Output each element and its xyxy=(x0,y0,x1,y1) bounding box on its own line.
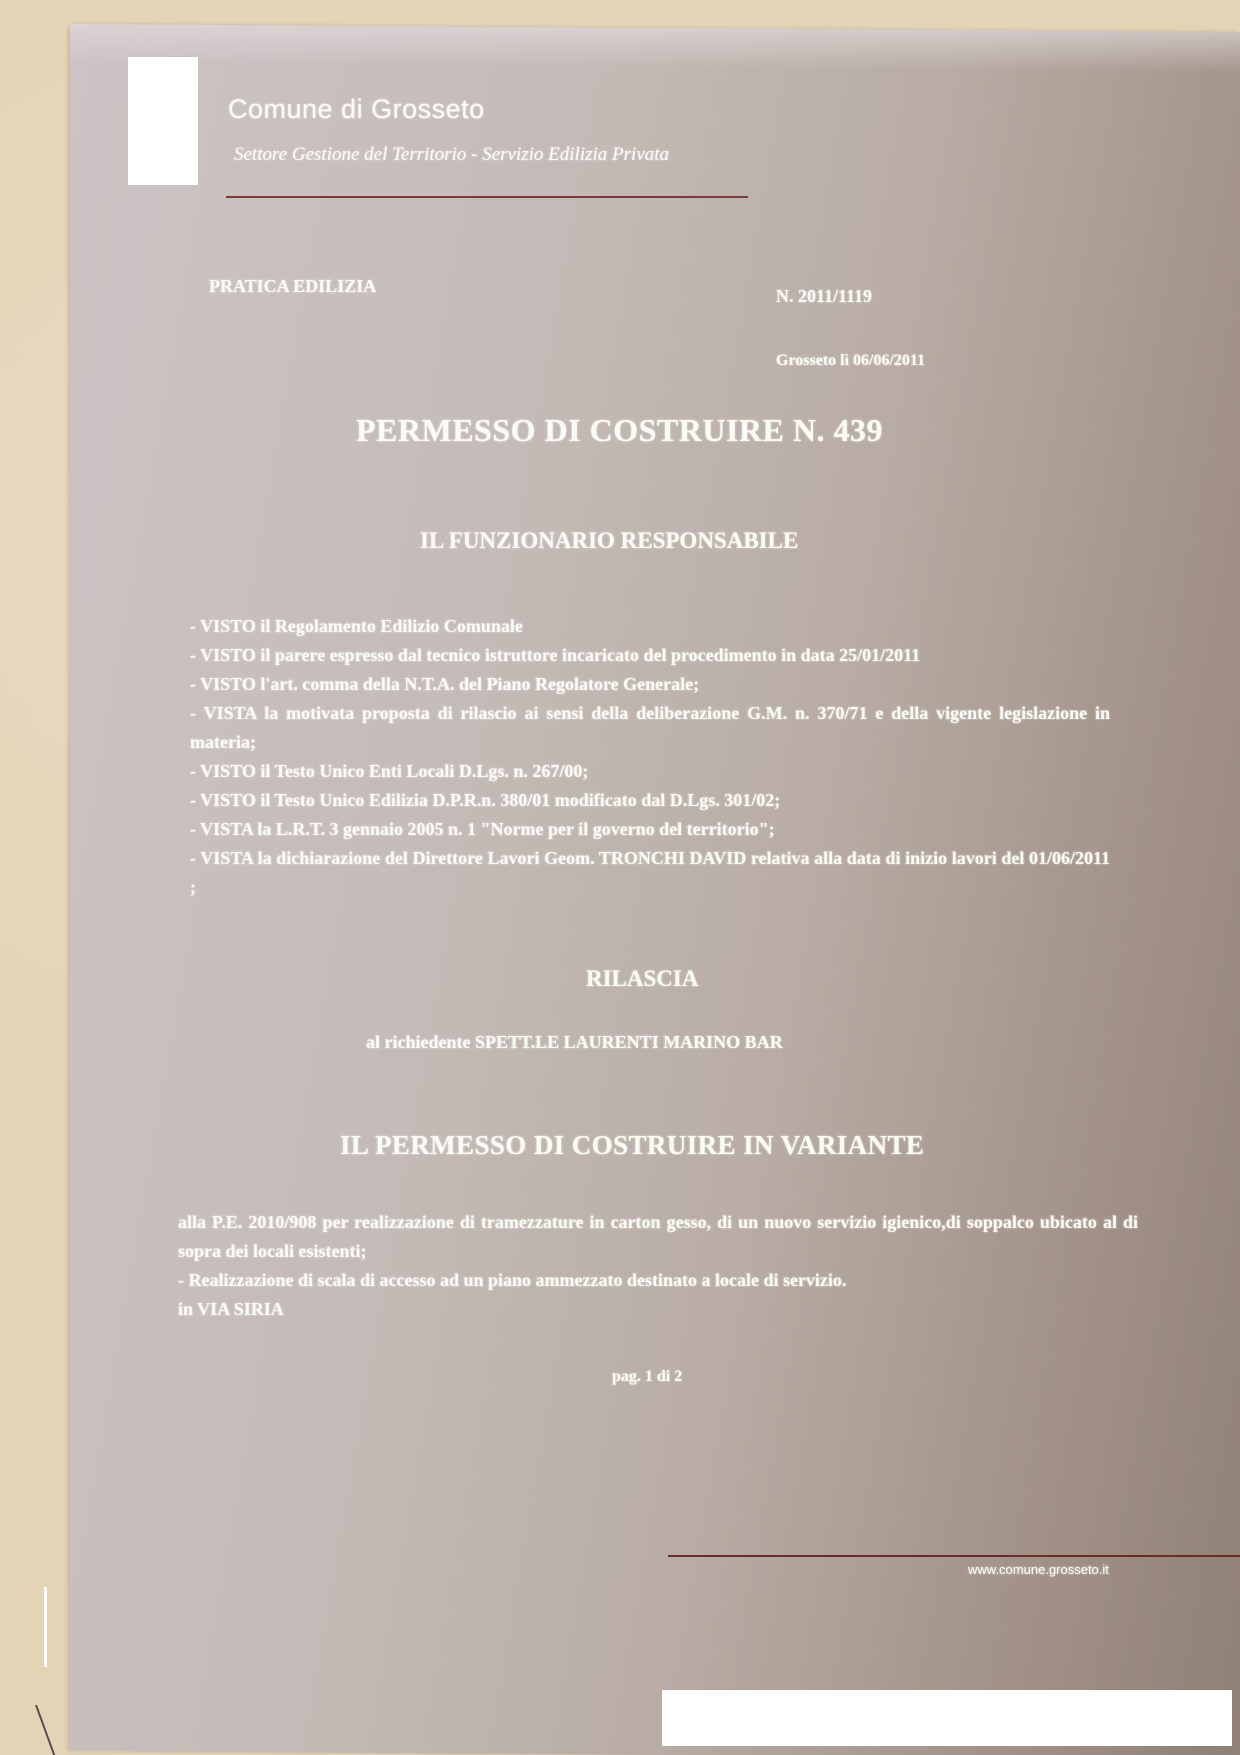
clause: - VISTA la L.R.T. 3 gennaio 2005 n. 1 "N… xyxy=(190,815,1110,844)
footer-url: www.comune.grosseto.it xyxy=(968,1562,1109,1577)
header-divider xyxy=(226,196,748,198)
clause: - VISTO il parere espresso dal tecnico i… xyxy=(190,641,1110,670)
binder-mark xyxy=(44,1587,47,1667)
practice-number: N. 2011/1119 xyxy=(776,286,872,307)
clause: - VISTA la dichiarazione del Direttore L… xyxy=(190,844,1110,902)
clause: - VISTO l'art. comma della N.T.A. del Pi… xyxy=(190,670,1110,699)
clause: - VISTO il Regolamento Edilizio Comunale xyxy=(190,612,1110,641)
document-title: PERMESSO DI COSTRUIRE N. 439 xyxy=(356,412,883,449)
department-name: Settore Gestione del Territorio - Serviz… xyxy=(234,144,669,166)
clauses-list: - VISTO il Regolamento Edilizio Comunale… xyxy=(190,612,1110,902)
description-line: - Realizzazione di scala di accesso ad u… xyxy=(178,1266,1138,1295)
clause: - VISTA la motivata proposta di rilascio… xyxy=(190,699,1110,757)
org-name: Comune di Grosseto xyxy=(228,94,485,125)
practice-label: PRATICA EDILIZIA xyxy=(209,276,376,297)
variante-title: IL PERMESSO DI COSTRUIRE IN VARIANTE xyxy=(340,1130,924,1161)
redacted-area xyxy=(662,1690,1232,1746)
rilascia-heading: RILASCIA xyxy=(586,966,698,992)
work-description: alla P.E. 2010/908 per realizzazione di … xyxy=(178,1208,1138,1324)
clause: - VISTO il Testo Unico Edilizia D.P.R.n.… xyxy=(190,786,1110,815)
clause: - VISTO il Testo Unico Enti Locali D.Lgs… xyxy=(190,757,1110,786)
place-date: Grosseto lì 06/06/2011 xyxy=(776,352,925,370)
description-line: alla P.E. 2010/908 per realizzazione di … xyxy=(178,1208,1138,1266)
redacted-logo xyxy=(128,57,198,185)
description-line: in VIA SIRIA xyxy=(178,1295,1138,1324)
page-number: pag. 1 di 2 xyxy=(612,1368,682,1386)
recipient: al richiedente SPETT.LE LAURENTI MARINO … xyxy=(366,1032,783,1053)
document-subtitle: IL FUNZIONARIO RESPONSABILE xyxy=(420,528,798,554)
footer-divider xyxy=(668,1555,1240,1557)
